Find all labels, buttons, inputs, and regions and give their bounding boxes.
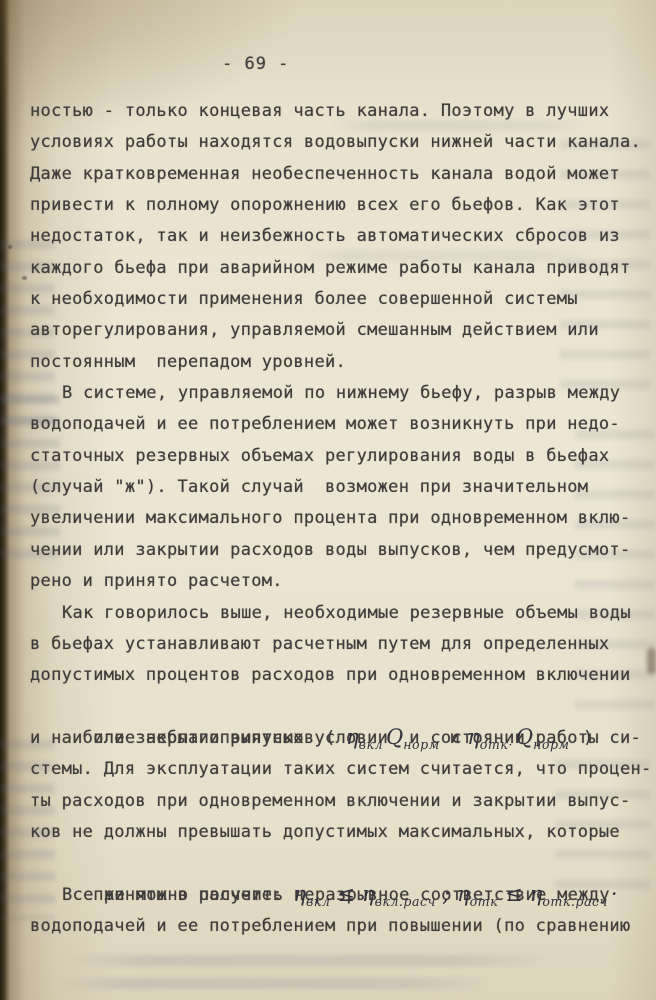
- text-line: привести к полному опорожнению всех его …: [30, 190, 650, 221]
- formula-subscript: вкл: [359, 737, 383, 752]
- formula-q-norm: Qнорм: [386, 725, 440, 749]
- text-line: Как говорилось выше, необходимые резервн…: [30, 598, 650, 629]
- text-line: рено и принято расчетом.: [30, 566, 650, 597]
- text-line: ностью - только концевая часть канала. П…: [30, 96, 650, 127]
- formula-subscript: отк·: [480, 737, 513, 752]
- formula-eta-otk: ηотк·: [467, 725, 513, 749]
- formula-symbol: η: [346, 725, 359, 749]
- text-line: В системе, управляемой по нижнему бьефу,…: [30, 378, 650, 409]
- text-block: ностью - только концевая часть канала. П…: [30, 96, 650, 942]
- text-line: недостаток, так и неизбежность автоматич…: [30, 221, 650, 252]
- bleedthrough-smudge: [70, 955, 550, 966]
- formula-eta-otk-rasch: ηотк.расч: [530, 882, 608, 906]
- formula-subscript: отк: [470, 894, 499, 909]
- formula-subscript: норм: [533, 737, 569, 752]
- formula-subscript: отк.расч: [542, 894, 608, 909]
- formula-symbol: Q: [516, 725, 533, 749]
- formula-subscript: вкл.расч: [375, 894, 436, 909]
- bleedthrough-smudge: [60, 978, 490, 989]
- ink-speck: [22, 276, 27, 280]
- text-line: (случай "ж"). Такой случай возможен при …: [30, 472, 650, 503]
- formula-relation: ≤: [505, 882, 523, 906]
- formula-line: приняты в расчете: ηвкл≤ηвкл.расч;ηотк≤η…: [30, 848, 650, 879]
- formula-q-norm: Qнорм: [516, 725, 570, 749]
- ink-speck: [8, 245, 12, 249]
- formula-subscript: вкл: [306, 894, 330, 909]
- formula-relation: ≤: [337, 882, 355, 906]
- text-line: постоянным перепадом уровней.: [30, 347, 650, 378]
- text-line: чении или закрытии расходов воды выпуско…: [30, 535, 650, 566]
- formula-separator: ;: [443, 882, 450, 906]
- formula-symbol: η: [457, 882, 470, 906]
- text-line: ков не должны превышать допустимых макси…: [30, 817, 650, 848]
- text-line: водоподачей и ее потреблением при повыше…: [30, 911, 650, 942]
- formula-eta-otk: ηотк: [457, 882, 498, 906]
- text-line: каждого бьефа при аварийном режиме работ…: [30, 253, 650, 284]
- text-line: к необходимости применения более соверше…: [30, 284, 650, 315]
- page-number: - 69 -: [222, 52, 289, 76]
- formula-symbol: Q: [386, 725, 403, 749]
- text-line: Даже кратковременная необеспеченность ка…: [30, 159, 650, 190]
- text-line: водоподачей и ее потреблением может возн…: [30, 409, 650, 440]
- text-line: увеличении максимального процента при од…: [30, 503, 650, 534]
- text-line: стемы. Для эксплуатации таких систем счи…: [30, 754, 650, 785]
- formula-symbol: η: [467, 725, 480, 749]
- text-line: условиях работы находятся водовыпуски ни…: [30, 127, 650, 158]
- formula-line: или закрытии выпусков ( ηвклQнормиηотк·Q…: [30, 692, 650, 723]
- text-line: авторегулирования, управляемой смешанным…: [30, 315, 650, 346]
- formula-subscript: норм: [403, 737, 439, 752]
- text-line: ты расходов при одновременном включении …: [30, 786, 650, 817]
- scanned-document-page: - 69 - ностью - только концевая часть ка…: [0, 0, 656, 1000]
- formula-eta-vkl-rasch: ηвкл.расч: [362, 882, 436, 906]
- formula-eta-vkl: ηвкл: [293, 882, 330, 906]
- text-line: в бьефах устанавливают расчетным путем д…: [30, 629, 650, 660]
- formula-end-dot: ·: [611, 882, 618, 906]
- formula-symbol: η: [362, 882, 375, 906]
- text-line: статочных резервных объемах регулировани…: [30, 441, 650, 472]
- text-line: допустимых процентов расходов при одновр…: [30, 660, 650, 691]
- formula-symbol: η: [530, 882, 543, 906]
- formula-eta-vkl: ηвкл: [346, 725, 383, 749]
- formula-symbol: η: [293, 882, 306, 906]
